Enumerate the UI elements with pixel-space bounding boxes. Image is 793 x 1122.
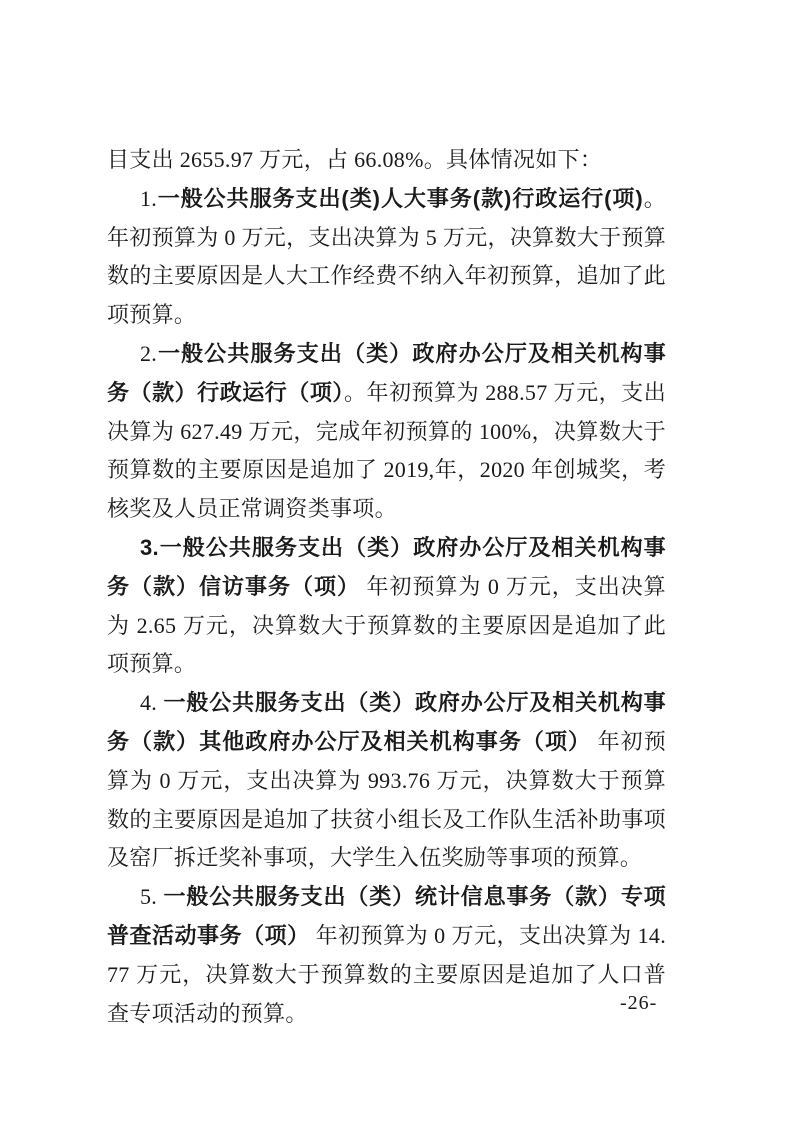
text-run: 目支出 2655.97 万元，占 66.08%。具体情况如下： xyxy=(107,147,602,172)
text-run: 1. xyxy=(140,186,157,211)
para-intro: 目支出 2655.97 万元，占 66.08%。具体情况如下： xyxy=(107,141,666,180)
para-item-2: 2.一般公共服务支出（类）政府办公厅及相关机构事务（款）行政运行（项）。年初预算… xyxy=(107,335,666,529)
text-run: 5. xyxy=(140,884,163,909)
para-item-4: 4. 一般公共服务支出（类）政府办公厅及相关机构事务（款）其他政府办公厅及相关机… xyxy=(107,684,666,878)
para-item-5: 5. 一般公共服务支出（类）统计信息事务（款）专项普查活动事务（项） 年初预算为… xyxy=(107,878,666,1033)
text-run: 2. xyxy=(140,341,157,366)
text-run: 4. xyxy=(140,690,163,715)
para-item-3: 3.一般公共服务支出（类）政府办公厅及相关机构事务（款）信访事务（项） 年初预算… xyxy=(107,529,666,684)
heading-run: 一般公共服务支出(类)人大事务(款)行政运行(项) xyxy=(157,186,643,211)
para-item-1: 1.一般公共服务支出(类)人大事务(款)行政运行(项)。年初预算为 0 万元，支… xyxy=(107,180,666,335)
page-number: -26- xyxy=(620,992,657,1015)
document-body: 目支出 2655.97 万元，占 66.08%。具体情况如下：1.一般公共服务支… xyxy=(107,141,666,1033)
document-page: 目支出 2655.97 万元，占 66.08%。具体情况如下：1.一般公共服务支… xyxy=(0,0,793,1122)
heading-run: 一般公共服务支出（类）政府办公厅及相关机构事务（款）其他政府办公厅及相关机构事务… xyxy=(107,690,666,754)
